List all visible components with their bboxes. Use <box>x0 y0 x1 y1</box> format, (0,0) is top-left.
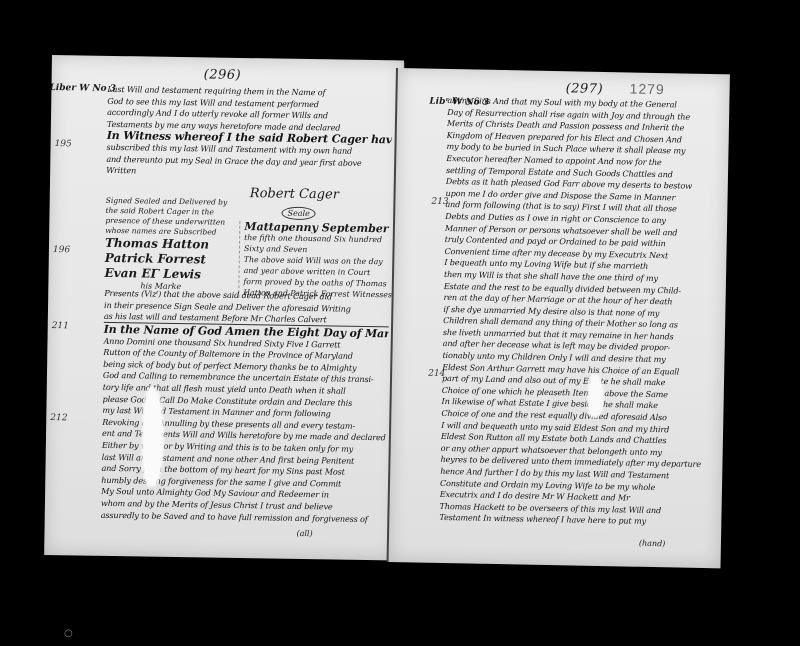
right-page: (297) 1279 Libʳ W No 3 213 214 all my Si… <box>387 68 730 568</box>
certification-text: Presents (Vizᵗ) that the above said dead… <box>104 288 390 327</box>
scan-artifact: ○ <box>64 628 74 636</box>
testator-signature: Robert Cager <box>250 186 339 202</box>
witness-block: Signed Sealed and Delivered by the said … <box>104 196 235 293</box>
margin-entry-number: 195 <box>55 139 72 149</box>
seal-mark: Seale <box>281 207 315 221</box>
page-number: (296) <box>204 67 242 83</box>
liber-mark: Liber W No 3 <box>49 83 116 94</box>
page-number: (297) <box>565 81 603 97</box>
margin-entry-number: 212 <box>50 413 67 423</box>
will-text-opening: Last Will and testament requiring them i… <box>106 84 392 181</box>
witness-name: Evan EΓ Lewis <box>104 266 234 283</box>
left-page: (296) Liber W No 3 195 196 211 212 Last … <box>44 55 404 560</box>
will-text-continued: all my Sins And that my Soul with my bod… <box>439 95 719 529</box>
margin-entry-number: 196 <box>53 245 70 255</box>
catchword: (all) <box>296 529 312 538</box>
margin-entry-number: 211 <box>52 321 69 331</box>
catchword: (hand) <box>639 539 666 549</box>
pencil-page-number: 1279 <box>629 80 664 97</box>
probate-note: Mattapenny September the the fifth one t… <box>238 221 394 300</box>
